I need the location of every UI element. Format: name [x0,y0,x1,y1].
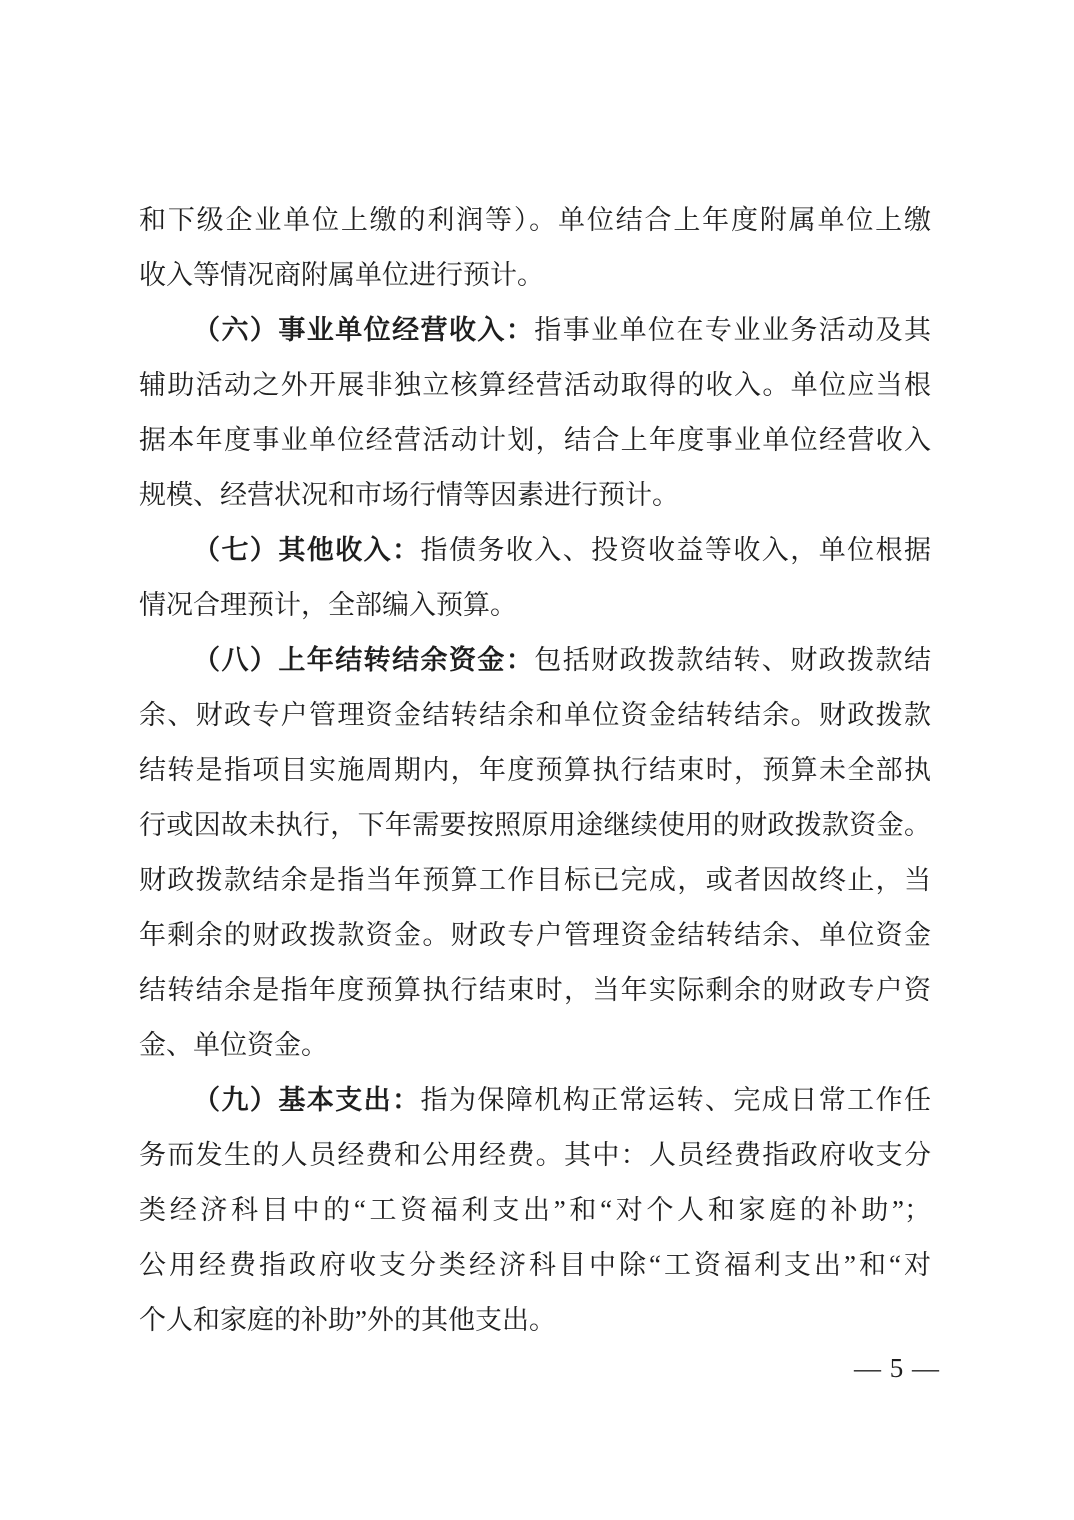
text-line: 据本年度事业单位经营活动计划，结合上年度事业单位经营收入 [139,413,931,468]
text-run: 辅助活动之外开展非独立核算经营活动取得的收入。单位应当根 [139,370,931,400]
text-run: 财政拨款结余是指当年预算工作目标已完成，或者因故终止，当 [139,865,931,895]
text-line: （八）上年结转结余资金：包括财政拨款结转、财政拨款结 [139,633,931,688]
text-line: 公用经费指政府收支分类经济科目中除“工资福利支出”和“对 [139,1238,931,1293]
text-line: 余、财政专户管理资金结转结余和单位资金结转结余。财政拨款 [139,688,931,743]
paragraph: （九）基本支出：指为保障机构正常运转、完成日常工作任务而发生的人员经费和公用经费… [139,1073,931,1348]
text-run: 指为保障机构正常运转、完成日常工作任 [421,1085,931,1115]
text-run: 类经济科目中的“工资福利支出”和“对个人和家庭的补助”； [139,1195,931,1225]
text-run: 情况合理预计，全部编入预算。 [139,590,517,620]
text-run: 个人和家庭的补助”外的其他支出。 [139,1305,556,1335]
text-run: 包括财政拨款结转、财政拨款结 [534,645,931,675]
text-run: 据本年度事业单位经营活动计划，结合上年度事业单位经营收入 [139,425,931,455]
text-line: 结转是指项目实施周期内，年度预算执行结束时，预算未全部执 [139,743,931,798]
paragraph: （六）事业单位经营收入：指事业单位在专业业务活动及其辅助活动之外开展非独立核算经… [139,303,931,523]
document-page: 和下级企业单位上缴的利润等）。单位结合上年度附属单位上缴收入等情况商附属单位进行… [0,0,1074,1520]
document-body: 和下级企业单位上缴的利润等）。单位结合上年度附属单位上缴收入等情况商附属单位进行… [139,193,931,1348]
text-line: 财政拨款结余是指当年预算工作目标已完成，或者因故终止，当 [139,853,931,908]
section-heading: （六）事业单位经营收入： [193,315,534,345]
section-heading: （八）上年结转结余资金： [193,645,534,675]
text-line: （七）其他收入：指债务收入、投资收益等收入，单位根据 [139,523,931,578]
paragraph: （七）其他收入：指债务收入、投资收益等收入，单位根据情况合理预计，全部编入预算。 [139,523,931,633]
text-line: 类经济科目中的“工资福利支出”和“对个人和家庭的补助”； [139,1183,931,1238]
text-line: 个人和家庭的补助”外的其他支出。 [139,1293,931,1348]
paragraph: 和下级企业单位上缴的利润等）。单位结合上年度附属单位上缴收入等情况商附属单位进行… [139,193,931,303]
text-run: 和下级企业单位上缴的利润等）。单位结合上年度附属单位上缴 [139,205,931,235]
text-line: 情况合理预计，全部编入预算。 [139,578,931,633]
text-line: 辅助活动之外开展非独立核算经营活动取得的收入。单位应当根 [139,358,931,413]
text-run: 规模、经营状况和市场行情等因素进行预计。 [139,480,679,510]
text-line: 规模、经营状况和市场行情等因素进行预计。 [139,468,931,523]
text-run: 收入等情况商附属单位进行预计。 [139,260,544,290]
text-run: 结转结余是指年度预算执行结束时，当年实际剩余的财政专户资 [139,975,931,1005]
text-line: 金、单位资金。 [139,1018,931,1073]
text-run: 公用经费指政府收支分类经济科目中除“工资福利支出”和“对 [139,1250,931,1280]
text-line: 结转结余是指年度预算执行结束时，当年实际剩余的财政专户资 [139,963,931,1018]
text-run: 结转是指项目实施周期内，年度预算执行结束时，预算未全部执 [139,755,931,785]
text-run: 年剩余的财政拨款资金。财政专户管理资金结转结余、单位资金 [139,920,931,950]
text-run: 指事业单位在专业业务活动及其 [534,315,931,345]
text-line: 年剩余的财政拨款资金。财政专户管理资金结转结余、单位资金 [139,908,931,963]
page-number: — 5 — [854,1352,940,1384]
text-run: 余、财政专户管理资金结转结余和单位资金结转结余。财政拨款 [139,700,931,730]
text-line: 收入等情况商附属单位进行预计。 [139,248,931,303]
text-line: 和下级企业单位上缴的利润等）。单位结合上年度附属单位上缴 [139,193,931,248]
text-run: 金、单位资金。 [139,1030,328,1060]
paragraph: （八）上年结转结余资金：包括财政拨款结转、财政拨款结余、财政专户管理资金结转结余… [139,633,931,1073]
text-run: 指债务收入、投资收益等收入，单位根据 [421,535,931,565]
text-run: 务而发生的人员经费和公用经费。其中：人员经费指政府收支分 [139,1140,931,1170]
text-run: 行或因故未执行，下年需要按照原用途继续使用的财政拨款资金。 [139,810,931,840]
text-line: （六）事业单位经营收入：指事业单位在专业业务活动及其 [139,303,931,358]
section-heading: （七）其他收入： [193,535,421,565]
text-line: 行或因故未执行，下年需要按照原用途继续使用的财政拨款资金。 [139,798,931,853]
section-heading: （九）基本支出： [193,1085,421,1115]
text-line: （九）基本支出：指为保障机构正常运转、完成日常工作任 [139,1073,931,1128]
text-line: 务而发生的人员经费和公用经费。其中：人员经费指政府收支分 [139,1128,931,1183]
